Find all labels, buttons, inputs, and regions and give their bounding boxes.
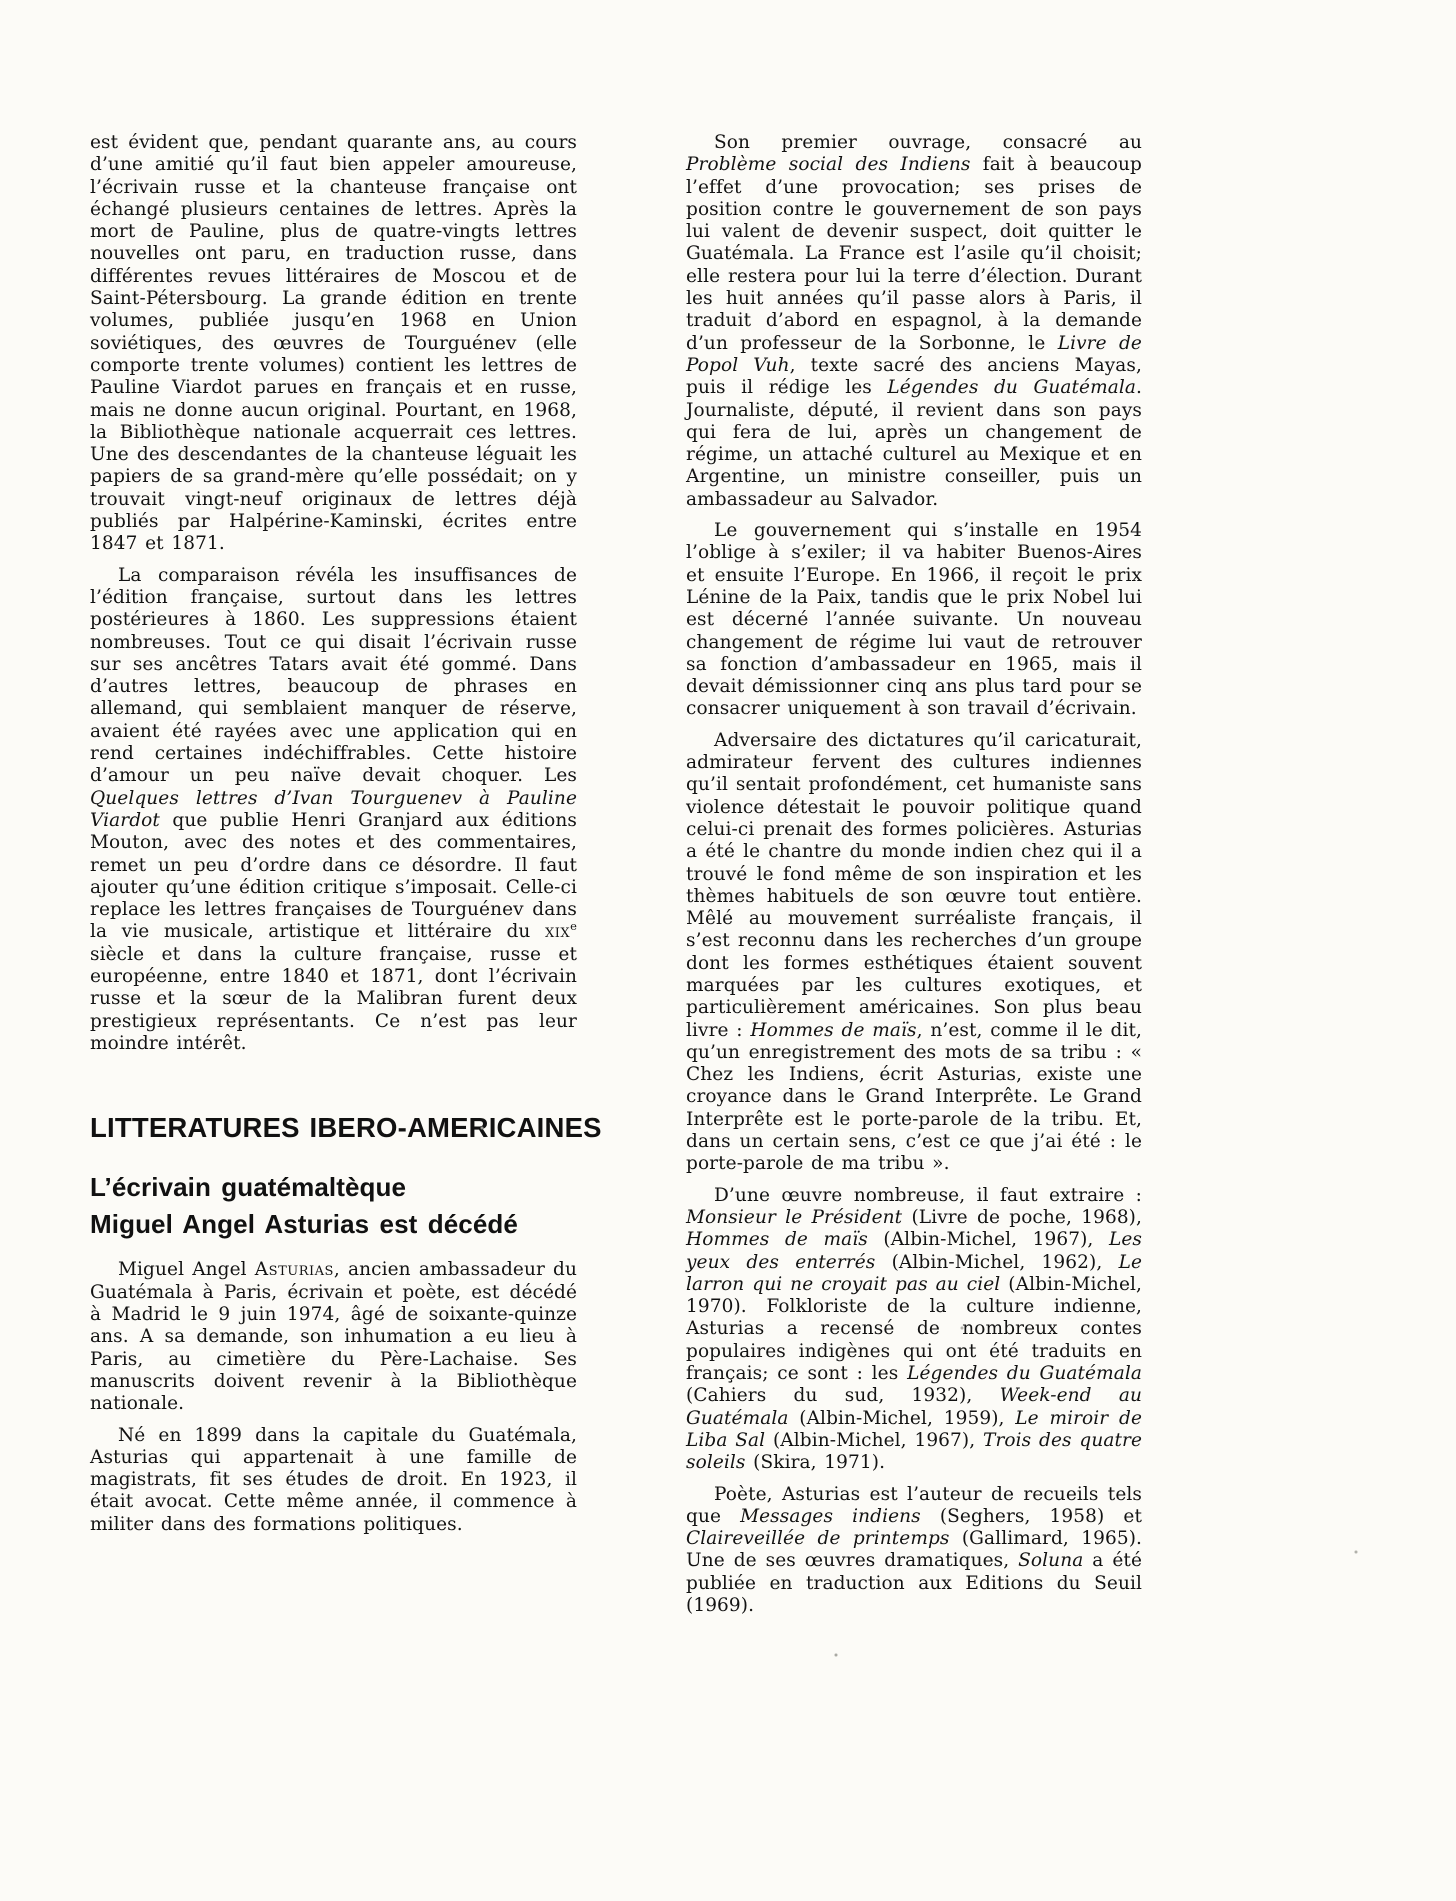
smallcaps-text: xix [545,921,570,942]
italic-text: Problème social des Indiens [686,154,970,175]
article-title: L’écrivain guatémaltèqueMiguel Angel Ast… [90,1169,577,1242]
article-title-line: Miguel Angel Asturias est décédé [90,1206,577,1243]
text-run: (Skira, 1971). [746,1452,886,1473]
text-run: (Albin-Michel, 1967), [868,1229,1109,1250]
text-run: La comparaison révéla les insuffisances … [90,565,577,787]
column-right: Son premier ouvrage, consacré au Problèm… [686,132,1142,1626]
paragraph: Né en 1899 dans la capitale du Guatémala… [90,1425,577,1536]
italic-text: Légendes du Guatémala [907,1363,1142,1384]
italic-text: Légendes du Guatémala [887,377,1136,398]
text-run: (Seghers, 1958) et [921,1506,1142,1527]
text-run: est évident que, pendant quarante ans, a… [90,132,577,554]
text-run: (Albin-Michel, 1967), [765,1430,983,1451]
document-page: est évident que, pendant quarante ans, a… [0,0,1456,1901]
superscript-text: e [570,919,577,933]
italic-text: Soluna [1018,1550,1083,1571]
paragraph: Poète, Asturias est l’auteur de recueils… [686,1484,1142,1618]
paragraph: Adversaire des dictatures qu’il caricatu… [686,730,1142,1176]
text-run: (Livre de poche, 1968), [902,1207,1142,1228]
italic-text: Monsieur le Président [686,1207,902,1228]
text-run: D’une œuvre nombreuse, il faut extraire … [714,1185,1142,1206]
paragraph: Son premier ouvrage, consacré au Problèm… [686,132,1142,511]
column-left: est évident que, pendant quarante ans, a… [90,132,577,1545]
text-run: siècle et dans la culture française, rus… [90,944,577,1054]
italic-text: Messages indiens [740,1506,921,1527]
italic-text: Hommes de maïs [750,1020,916,1041]
article-title-line: L’écrivain guatémaltèque [90,1169,577,1206]
text-run: Adversaire des dictatures qu’il caricatu… [686,730,1142,1041]
text-run: (Albin-Michel, 1962), [875,1252,1118,1273]
paragraph: Miguel Angel Asturias, ancien ambassadeu… [90,1259,577,1415]
text-run: (Cahiers du sud, 1932), [686,1385,1000,1406]
text-run: fait à beaucoup l’effet d’une provocatio… [686,154,1142,353]
text-run: que publie Henri Granjard aux éditions M… [90,810,577,942]
paragraph: est évident que, pendant quarante ans, a… [90,132,577,556]
text-run: Son premier ouvrage, consacré au [714,132,1142,153]
smallcaps-text: Asturias [255,1259,334,1280]
italic-text: Claireveillée de printemps [686,1528,950,1549]
text-run: , ancien ambassadeur du Guatémala à Pari… [90,1259,577,1414]
italic-text: Hommes de maïs [686,1229,868,1250]
paragraph: La comparaison révéla les insuffisances … [90,565,577,1056]
paragraph: D’une œuvre nombreuse, il faut extraire … [686,1185,1142,1475]
paragraph: Le gouvernement qui s’installe en 1954 l… [686,520,1142,721]
text-run: Miguel Angel [118,1259,255,1280]
text-run: (Albin-Michel, 1959), [789,1408,1016,1429]
text-run: Né en 1899 dans la capitale du Guatémala… [90,1425,577,1535]
text-run: Le gouvernement qui s’installe en 1954 l… [686,520,1142,719]
scanned-document: { "page": { "paper_color": "#fcfbf7", "i… [0,0,1456,1901]
section-heading: LITTERATURES IBERO-AMERICAINES [90,1117,577,1139]
text-run: , n’est, comme il le dit, qu’un enregist… [686,1020,1142,1175]
